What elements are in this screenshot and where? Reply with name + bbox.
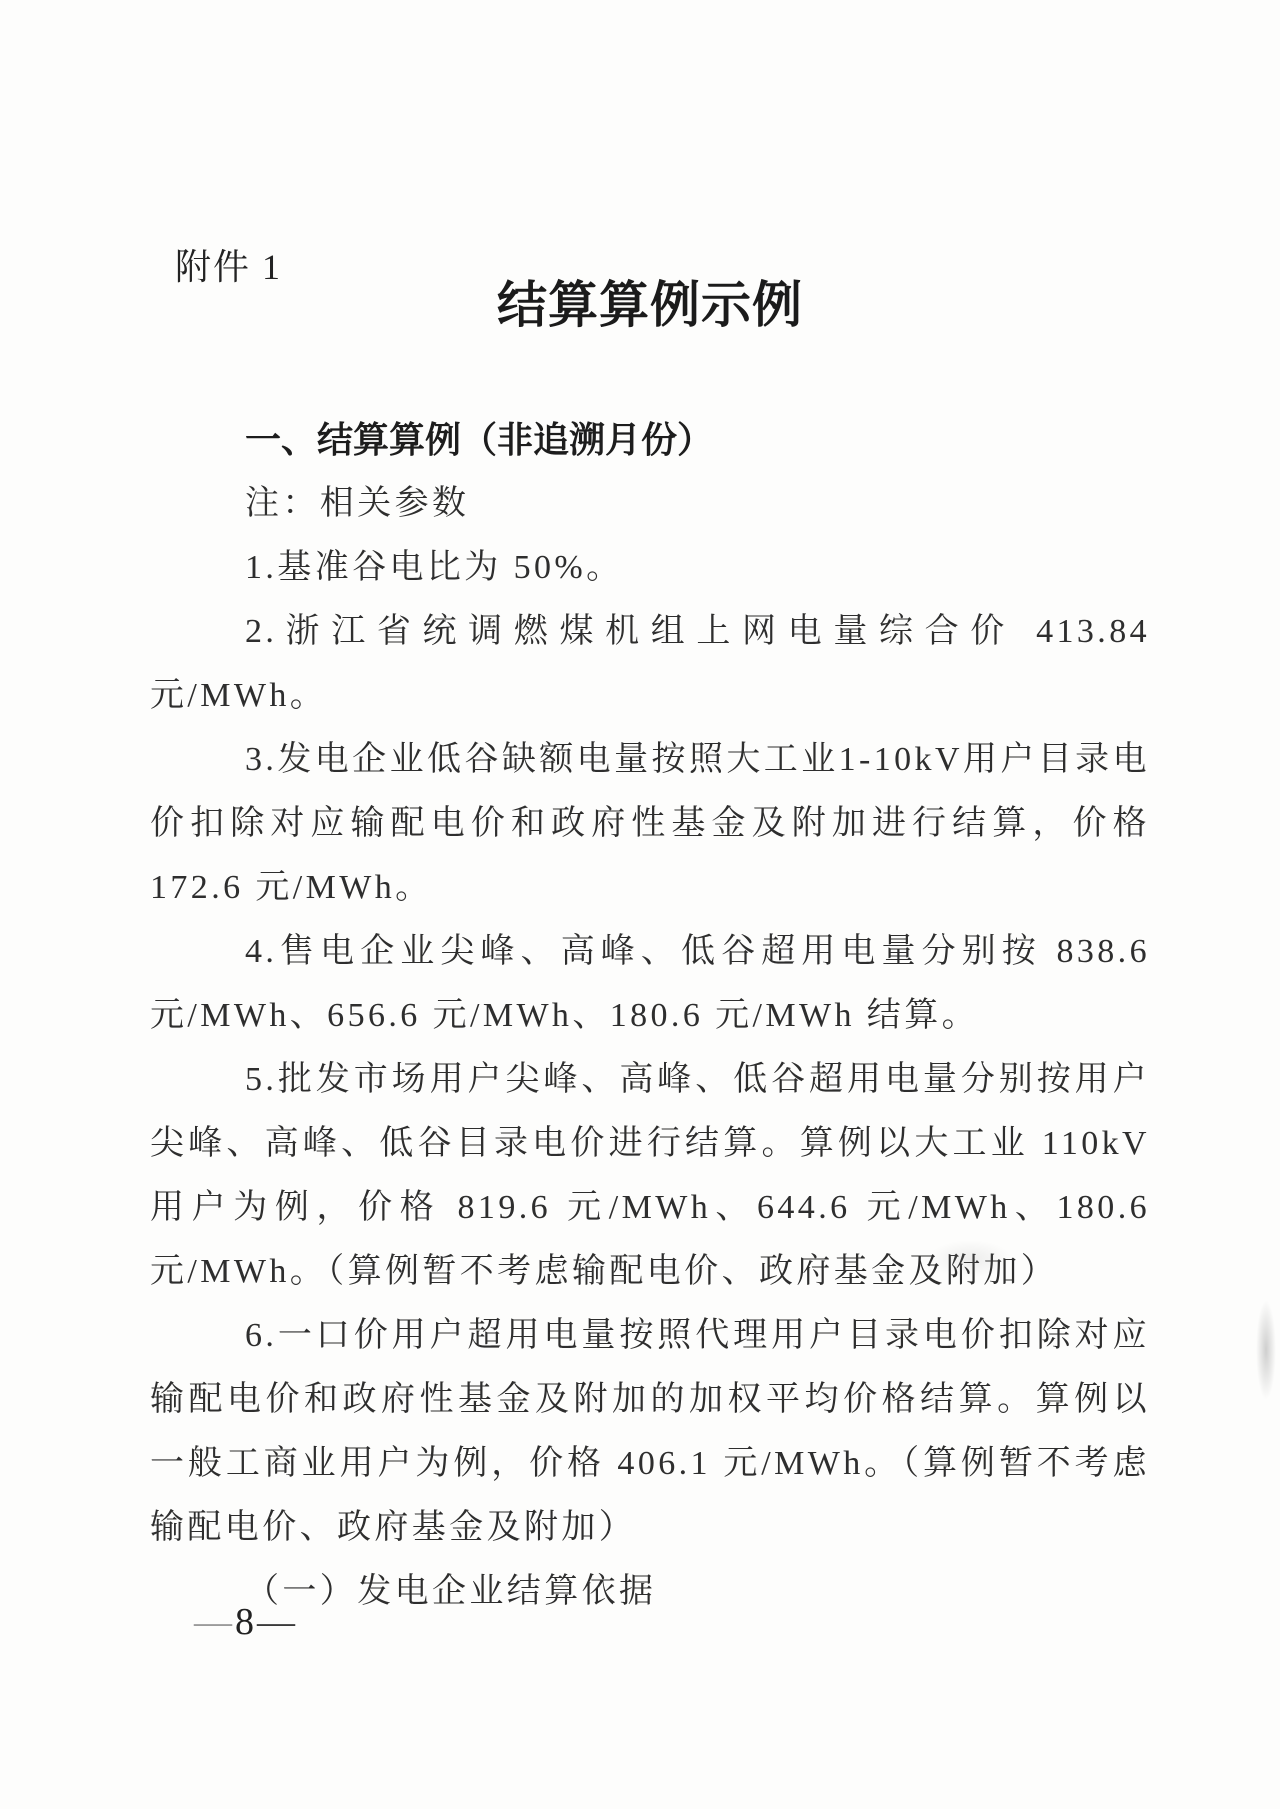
scan-smudge-right-edge: [1256, 1300, 1276, 1400]
section-heading: 一、结算算例（非追溯月份）: [150, 408, 1150, 472]
document-body: 一、结算算例（非追溯月份） 注：相关参数 1.基准谷电比为 50%。 2.浙江省…: [150, 408, 1150, 1624]
note-line: 注：相关参数: [150, 472, 1150, 536]
parameter-item-3: 3.发电企业低谷缺额电量按照大工业1-10kV用户目录电价扣除对应输配电价和政府…: [150, 728, 1150, 920]
scan-smudge-artifact: [928, 1240, 1012, 1278]
document-page: 附件 1 结算算例示例 一、结算算例（非追溯月份） 注：相关参数 1.基准谷电比…: [0, 0, 1280, 1809]
sub-section-heading: （一）发电企业结算依据: [150, 1560, 1150, 1624]
page-footer: —8—: [194, 1600, 295, 1644]
document-title: 结算算例示例: [150, 276, 1150, 334]
parameter-item-1: 1.基准谷电比为 50%。: [150, 536, 1150, 600]
parameter-item-2: 2.浙江省统调燃煤机组上网电量综合价 413.84 元/MWh。: [150, 600, 1150, 728]
footer-dash-left: —: [194, 1601, 232, 1643]
parameter-item-4: 4.售电企业尖峰、高峰、低谷超用电量分别按 838.6 元/MWh、656.6 …: [150, 920, 1150, 1048]
page-number: 8: [232, 1601, 257, 1643]
footer-dash-right: —: [257, 1601, 295, 1643]
parameter-item-6: 6.一口价用户超用电量按照代理用户目录电价扣除对应输配电价和政府性基金及附加的加…: [150, 1304, 1150, 1560]
